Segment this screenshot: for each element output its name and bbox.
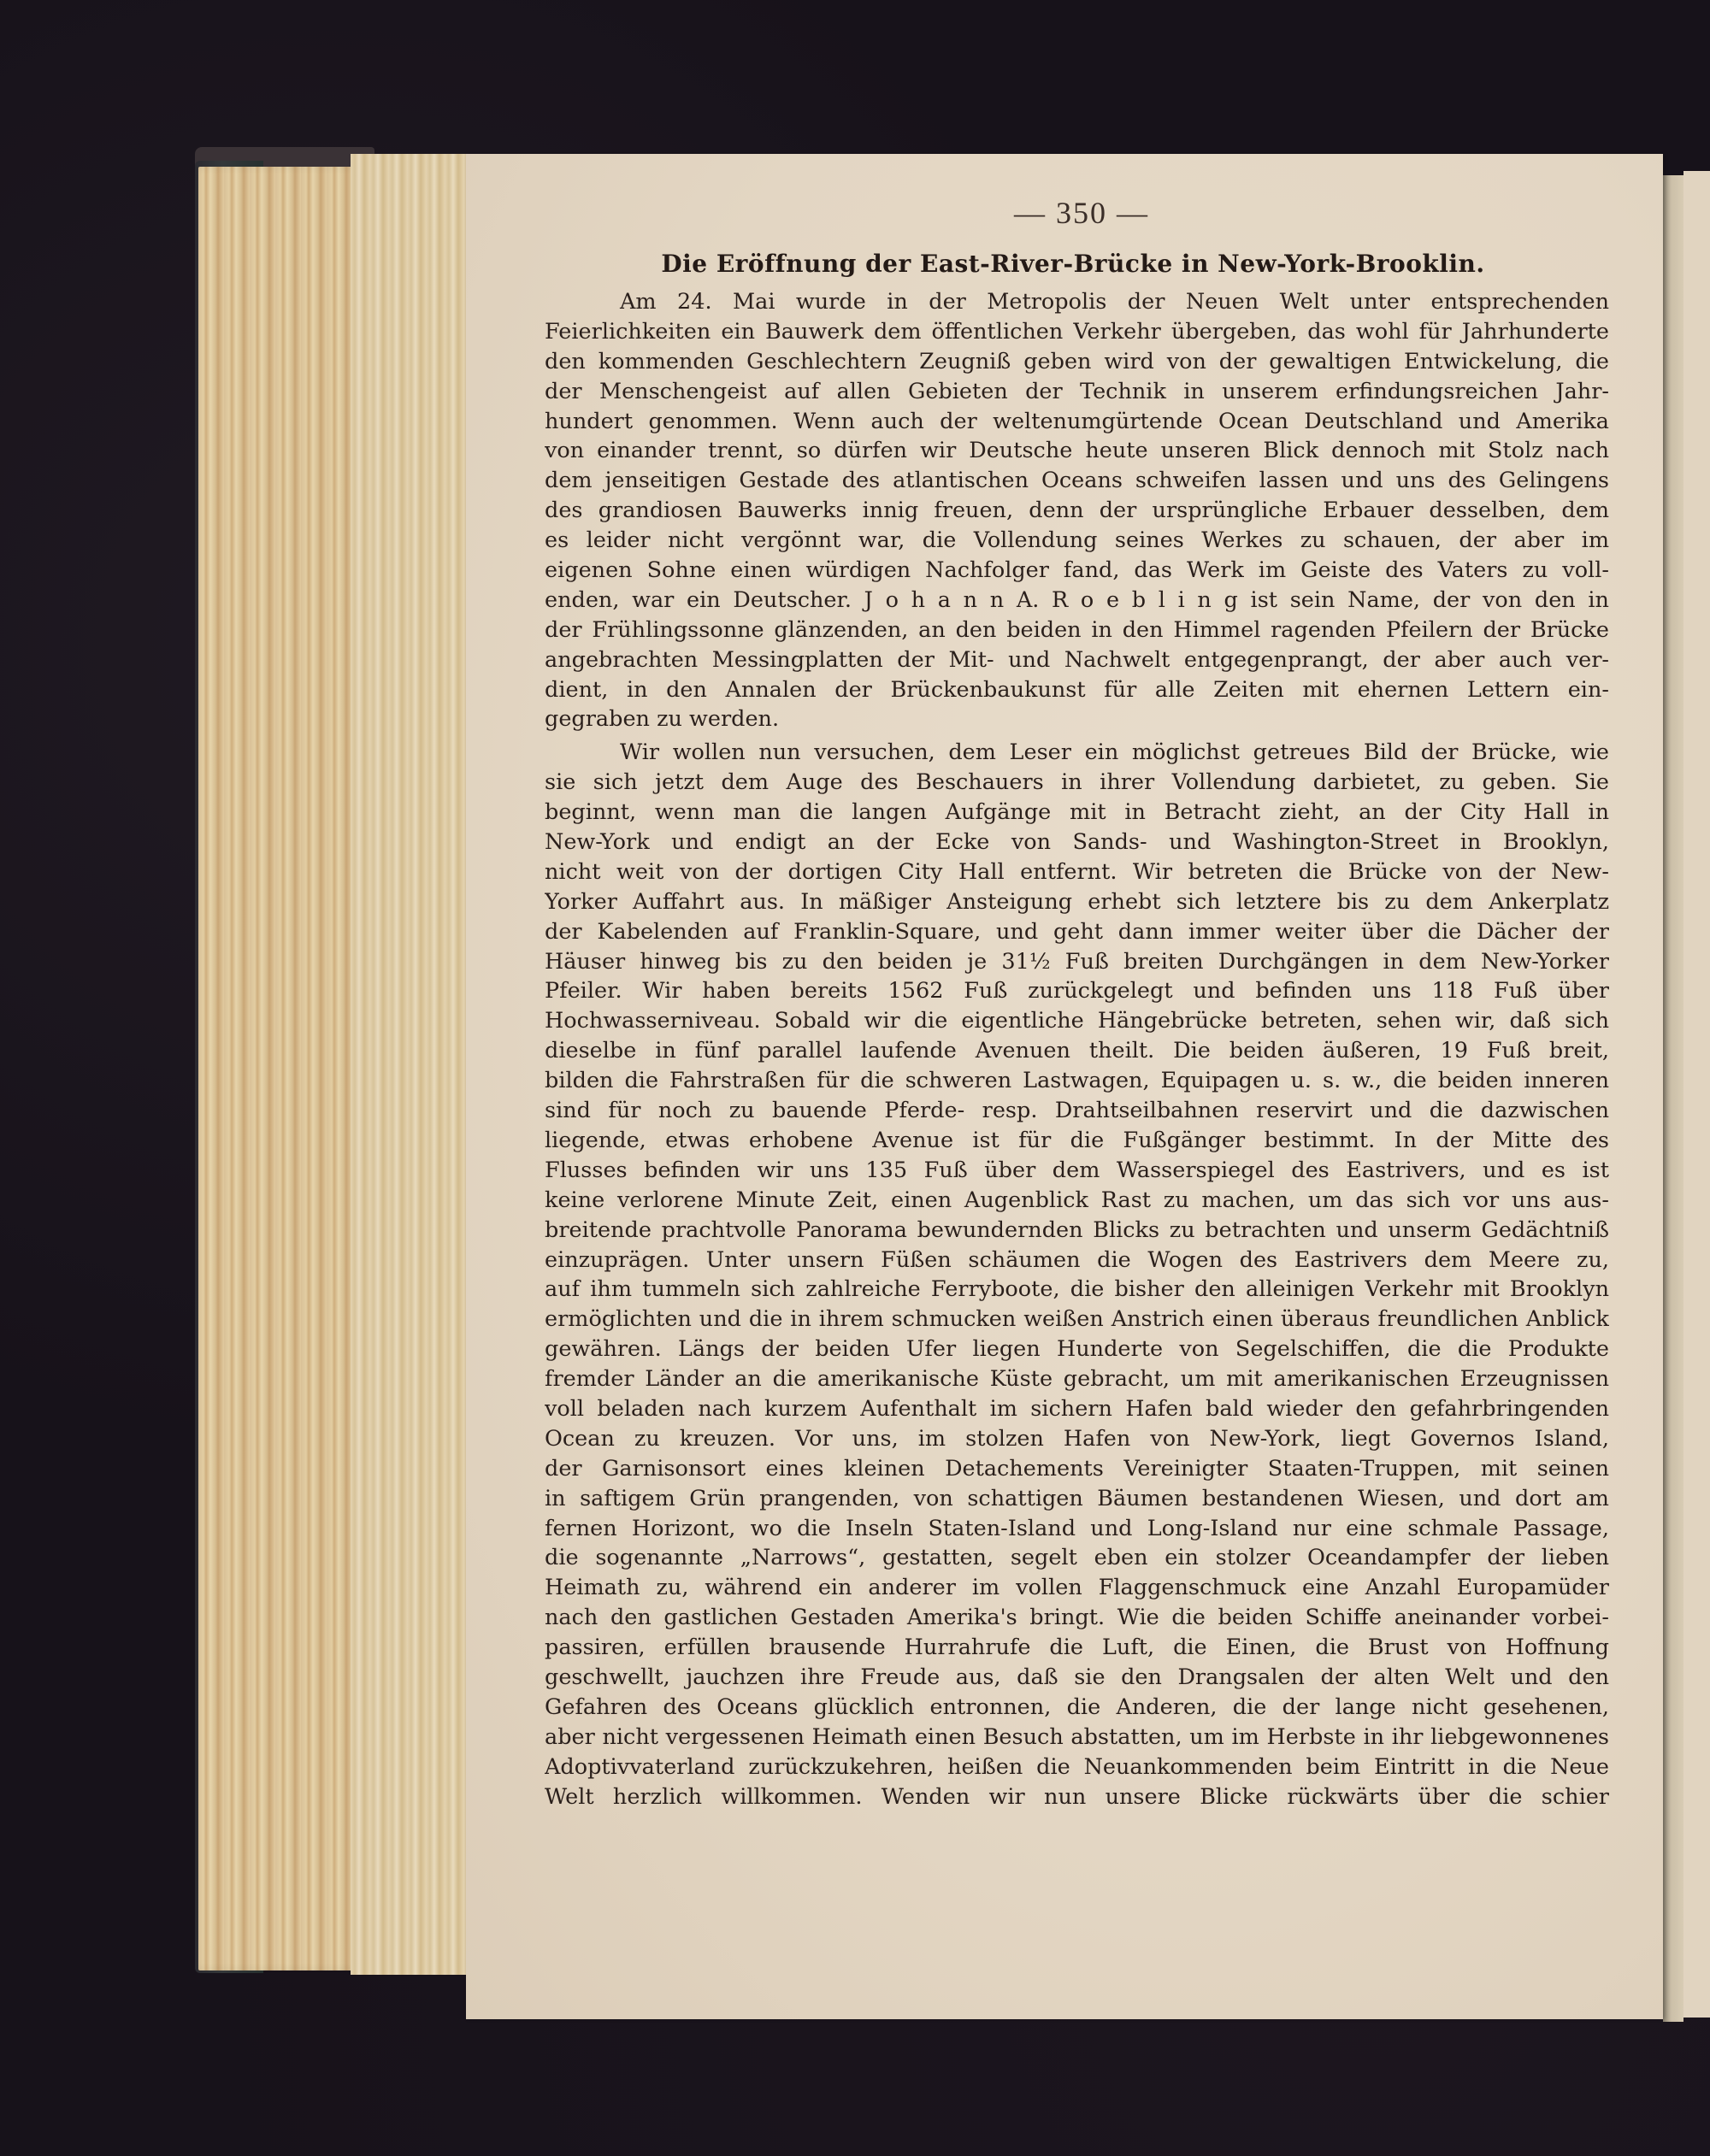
text-line: Adoptivvaterland zurückzukehren, heißen … — [545, 1752, 1609, 1782]
text-line: nach den gastlichen Gestaden Amerika's b… — [545, 1603, 1609, 1633]
text-line: Am 24. Mai wurde in der Metropolis der N… — [545, 287, 1609, 317]
text-line: Hochwasserniveau. Sobald wir die eigentl… — [545, 1006, 1609, 1036]
article-heading: Die Eröffnung der East-River-Brücke in N… — [466, 250, 1663, 278]
text-line: liegende, etwas erhobene Avenue ist für … — [545, 1126, 1609, 1156]
text-line: der Kabelenden auf Franklin-Square, und … — [545, 917, 1609, 947]
text-line: Feierlichkeiten ein Bauwerk dem öffentli… — [545, 317, 1609, 347]
text-line: enden, war ein Deutscher. J o h a n n A.… — [545, 586, 1609, 616]
text-line: Gefahren des Oceans glücklich entronnen,… — [545, 1693, 1609, 1723]
text-line: der Frühlingssonne glänzenden, an den be… — [545, 616, 1609, 645]
text-line: gegraben zu werden. — [545, 704, 1609, 734]
page-number: — 350 — — [466, 195, 1663, 231]
text-line: der Garnisonsort eines kleinen Detacheme… — [545, 1454, 1609, 1484]
text-line: die sogenannte „Narrows“, gestatten, seg… — [545, 1543, 1609, 1573]
text-line: bilden die Fahrstraßen für die schweren … — [545, 1066, 1609, 1096]
text-line: Flusses befinden wir uns 135 Fuß über de… — [545, 1156, 1609, 1186]
text-line: eigenen Sohne einen würdigen Nachfolger … — [545, 556, 1609, 586]
text-line: dient, in den Annalen der Brückenbaukuns… — [545, 675, 1609, 705]
text-line: nicht weit von der dortigen City Hall en… — [545, 857, 1609, 887]
text-line: gewähren. Längs der beiden Ufer liegen H… — [545, 1334, 1609, 1364]
text-line: ermöglichten und die in ihrem schmucken … — [545, 1305, 1609, 1334]
text-line: geschwellt, jauchzen ihre Freude aus, da… — [545, 1663, 1609, 1693]
text-line: voll beladen nach kurzem Aufenthalt im s… — [545, 1394, 1609, 1424]
paragraph-2: Wir wollen nun versuchen, dem Leser ein … — [545, 738, 1609, 1811]
gutter-shadow — [1663, 175, 1683, 2022]
text-line: dem jenseitigen Gestade des atlantischen… — [545, 466, 1609, 496]
text-line: Yorker Auffahrt aus. In mäßiger Ansteigu… — [545, 887, 1609, 917]
page-stack-edge-inner — [351, 154, 470, 1975]
text-line: hundert genommen. Wenn auch der weltenum… — [545, 407, 1609, 437]
text-line: der Menschengeist auf allen Gebieten der… — [545, 377, 1609, 407]
text-line: Wir wollen nun versuchen, dem Leser ein … — [545, 738, 1609, 768]
text-line: dieselbe in fünf parallel laufende Avenu… — [545, 1036, 1609, 1066]
facing-page-sliver — [1683, 171, 1710, 2018]
text-line: den kommenden Geschlechtern Zeugniß gebe… — [545, 347, 1609, 377]
text-line: Pfeiler. Wir haben bereits 1562 Fuß zurü… — [545, 976, 1609, 1006]
text-line: angebrachten Messingplatten der Mit- und… — [545, 645, 1609, 675]
text-line: beginnt, wenn man die langen Aufgänge mi… — [545, 798, 1609, 828]
text-line: Heimath zu, während ein anderer im volle… — [545, 1573, 1609, 1603]
text-line: passiren, erfüllen brausende Hurrahrufe … — [545, 1633, 1609, 1663]
text-line: einzuprägen. Unter unsern Füßen schäumen… — [545, 1246, 1609, 1275]
book-page: — 350 — Die Eröffnung der East-River-Brü… — [466, 154, 1663, 2019]
text-line: in saftigem Grün prangenden, von schatti… — [545, 1484, 1609, 1514]
text-line: New-York und endigt an der Ecke von Sand… — [545, 828, 1609, 857]
text-line: sie sich jetzt dem Auge des Beschauers i… — [545, 768, 1609, 798]
text-line: keine verlorene Minute Zeit, einen Augen… — [545, 1186, 1609, 1216]
text-line: des grandiosen Bauwerks innig freuen, de… — [545, 496, 1609, 526]
paragraph-1: Am 24. Mai wurde in der Metropolis der N… — [545, 287, 1609, 734]
text-line: es leider nicht vergönnt war, die Vollen… — [545, 526, 1609, 556]
article-body: Am 24. Mai wurde in der Metropolis der N… — [545, 287, 1609, 1811]
text-line: Welt herzlich willkommen. Wenden wir nun… — [545, 1782, 1609, 1812]
text-line: fernen Horizont, wo die Inseln Staten-Is… — [545, 1514, 1609, 1544]
text-line: Häuser hinweg bis zu den beiden je 31½ F… — [545, 947, 1609, 977]
text-line: aber nicht vergessenen Heimath einen Bes… — [545, 1723, 1609, 1752]
text-line: auf ihm tummeln sich zahlreiche Ferryboo… — [545, 1275, 1609, 1305]
text-line: sind für noch zu bauende Pferde- resp. D… — [545, 1096, 1609, 1126]
text-line: Ocean zu kreuzen. Vor uns, im stolzen Ha… — [545, 1424, 1609, 1454]
text-line: breitende prachtvolle Panorama bewundern… — [545, 1216, 1609, 1246]
text-line: von einander trennt, so dürfen wir Deuts… — [545, 436, 1609, 466]
text-line: fremder Länder an die amerikanische Küst… — [545, 1364, 1609, 1394]
